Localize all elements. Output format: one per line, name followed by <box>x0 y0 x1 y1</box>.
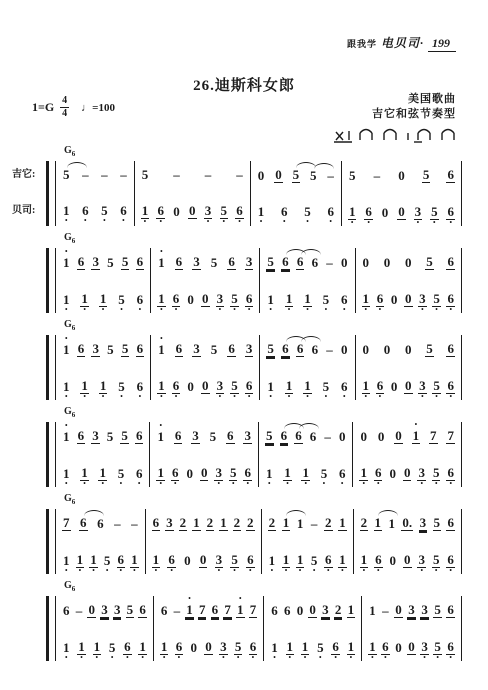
octave-dot-below: • <box>304 655 307 661</box>
note-cell: 2 <box>268 509 277 537</box>
note-cell: 1 <box>368 597 377 624</box>
octave-dot-below: • <box>83 481 86 487</box>
bass-line: 1• 1• 1• 5• 6• 1• <box>59 633 150 661</box>
note-cell: •1 <box>185 596 194 624</box>
octave-dot-below <box>436 531 438 537</box>
octave-dot-below <box>393 394 395 400</box>
octave-dot-below <box>277 183 279 189</box>
note-cell: 6 <box>227 335 236 363</box>
octave-dot-below <box>314 270 316 276</box>
octave-dot-below <box>285 531 287 537</box>
octave-dot-below <box>103 182 105 188</box>
note-cell: 6• <box>175 633 184 661</box>
note-cell: 6• <box>280 198 289 225</box>
measure-group: G6•1 6 3 5 5 6 1• 1• 1• 5• 6••1 6 3 5 6 … <box>56 235 462 313</box>
note-cell: – <box>172 161 181 188</box>
meter-denominator: 4 <box>62 108 67 119</box>
system-bracket-icon <box>46 509 56 574</box>
bass-line: 1• 1• 1• 5• 6• <box>59 285 147 313</box>
note-cell: 1 <box>192 509 201 537</box>
octave-dot-below <box>99 531 101 537</box>
rest-cell: 0 <box>383 249 392 276</box>
octave-dot-below: • <box>84 218 87 224</box>
octave-dot-below: • <box>111 655 114 661</box>
chord-label: G6 <box>64 145 75 158</box>
octave-dot-below <box>425 183 427 189</box>
note-cell: 1• <box>359 459 368 487</box>
note-cell: 6• <box>446 372 455 400</box>
octave-dot-below <box>204 394 206 400</box>
rest-cell: 0 <box>257 162 266 189</box>
octave-dot-below <box>236 531 238 537</box>
note-cell: – <box>310 510 319 537</box>
key-label: 1=G <box>32 100 54 115</box>
note-cell: •1 <box>236 596 245 624</box>
octave-dot-below <box>190 394 192 400</box>
note-cell: 3 <box>245 335 254 363</box>
note-cell: 6• <box>331 633 340 661</box>
octave-dot-below: • <box>449 307 452 313</box>
note-cell: 1• <box>138 633 147 661</box>
octave-dot-below <box>312 444 314 450</box>
guitar-line: 2 1 1 0. 3 5 6 <box>357 509 458 537</box>
chord-label: G6 <box>64 580 75 593</box>
octave-dot-below: • <box>449 655 452 661</box>
note-cell: 6• <box>446 546 455 574</box>
octave-dot-below <box>109 270 111 276</box>
octave-dot-below: • <box>377 481 380 487</box>
octave-dot-below: • <box>449 394 452 400</box>
octave-dot-below: • <box>248 307 251 313</box>
octave-dot-below: • <box>341 568 344 574</box>
rest-cell: 0 <box>201 285 210 313</box>
rest-cell: 0 <box>204 633 213 661</box>
bass-line: 1• 1• 1• 5• 6• <box>263 285 351 313</box>
octave-dot-below: • <box>377 568 380 574</box>
measure: 6 – 0 3 3 5 6 1• 1• 1• 5• 6• 1• <box>56 596 154 661</box>
note-cell: 5• <box>108 634 117 661</box>
rest-cell: 0 <box>362 336 371 363</box>
rest-cell: 0 <box>359 423 368 450</box>
octave-dot-below <box>398 444 400 450</box>
measure: •1 6 3 5 5 6 1• 1• 1• 5• 6• <box>56 422 150 487</box>
octave-dot-below <box>312 183 314 189</box>
note-cell: 5 <box>126 596 135 624</box>
note-cell: 5• <box>117 373 126 400</box>
octave-dot-below: • <box>252 655 255 661</box>
note-cell: 5 <box>120 422 129 450</box>
note-cell: 2 <box>233 509 242 537</box>
note-cell: 6• <box>171 459 180 487</box>
note-cell: 3 <box>419 509 428 537</box>
octave-dot-below: • <box>238 219 241 225</box>
rest-cell: 0 <box>390 373 399 400</box>
rest-cell: 0 <box>87 596 96 624</box>
measure: 6 – •1 7 6 7 •1 7 1• 6• 0 0 3• 5• 6• <box>154 596 264 661</box>
note-cell: 5• <box>432 459 441 487</box>
note-cell: 6 <box>77 422 86 450</box>
chord-label: G6 <box>64 493 75 506</box>
note-cell: – <box>100 161 109 188</box>
score-system: G6•1 6 3 5 5 6 1• 1• 1• 5• 6••1 6 3 5 6 … <box>46 409 462 487</box>
note-cell: 5 <box>141 161 150 188</box>
rest-cell: 0 <box>388 460 397 487</box>
octave-dot-below <box>190 307 192 313</box>
note-cell: 3• <box>414 198 423 226</box>
note-cell: 3 <box>113 596 122 624</box>
octave-dot-below <box>231 357 233 363</box>
meter-numerator: 4 <box>60 96 69 108</box>
octave-dot-below <box>239 618 241 624</box>
octave-dot-below <box>109 357 111 363</box>
octave-dot-below <box>407 270 409 276</box>
rest-cell: 0 <box>190 634 199 661</box>
octave-dot-below: • <box>324 394 327 400</box>
chord-label: G6 <box>64 319 75 332</box>
octave-dot-below <box>252 618 254 624</box>
octave-dot-below: • <box>286 481 289 487</box>
octave-dot-below: • <box>133 568 136 574</box>
note-cell: 5• <box>430 198 439 226</box>
octave-dot-below: • <box>449 481 452 487</box>
octave-dot-below: • <box>371 655 374 661</box>
octave-dot-below: • <box>83 394 86 400</box>
octave-dot-below: • <box>122 218 125 224</box>
note-cell: 6• <box>340 286 349 313</box>
octave-dot-below <box>400 220 402 226</box>
octave-dot-below <box>138 444 140 450</box>
octave-dot-below <box>222 531 224 537</box>
octave-dot-below: • <box>65 481 68 487</box>
note-cell: 5• <box>322 286 331 313</box>
octave-dot-below: • <box>217 568 220 574</box>
octave-dot-below <box>133 531 135 537</box>
octave-dot-below: • <box>324 307 327 313</box>
note-cell: 3• <box>418 285 427 313</box>
note-cell: 6 <box>135 422 144 450</box>
octave-dot-below <box>247 444 249 450</box>
rest-cell: 0 <box>274 161 283 189</box>
octave-dot-below: • <box>175 394 178 400</box>
note-cell: 6 <box>96 510 105 537</box>
octave-dot-below <box>116 618 118 624</box>
note-cell: 2 <box>334 596 343 624</box>
octave-dot-below <box>268 444 270 450</box>
octave-dot-below <box>284 357 286 363</box>
note-cell: 6• <box>245 285 254 313</box>
measure-group: G6 7 6 6 – – 1• 1• 1• 5• 6• 1• 6 3 2 1 2… <box>56 496 462 574</box>
octave-dot-below <box>428 357 430 363</box>
chord-label: G6 <box>64 232 75 245</box>
note-cell: 1• <box>99 372 108 400</box>
octave-dot-below: • <box>433 220 436 226</box>
score-system: G6•1 6 3 5 5 6 1• 1• 1• 5• 6••1 6 3 5 6 … <box>46 322 462 400</box>
bass-line: 1• 6• 0 0 3• 5• 6• <box>153 459 255 487</box>
octave-dot-below <box>450 444 452 450</box>
rest-cell: 0 <box>340 336 349 363</box>
note-cell: 1• <box>157 285 166 313</box>
note-cell: 6 <box>311 249 320 276</box>
tempo-marking: ♩=100 <box>81 102 115 114</box>
octave-dot-below <box>392 568 394 574</box>
octave-dot-below <box>177 444 179 450</box>
octave-dot-below: • <box>65 568 68 574</box>
octave-dot-below <box>386 357 388 363</box>
octave-dot-below: • <box>436 655 439 661</box>
octave-dot-below: • <box>92 568 95 574</box>
note-cell: 6• <box>338 460 347 487</box>
octave-dot-below: • <box>270 568 273 574</box>
octave-dot-below <box>284 270 286 276</box>
octave-dot-below: • <box>101 481 104 487</box>
note-cell: 6• <box>119 197 128 224</box>
octave-dot-below <box>189 481 191 487</box>
octave-dot-below <box>295 183 297 189</box>
note-cell: 2 <box>324 509 333 537</box>
octave-dot-below: • <box>65 218 68 224</box>
note-cell: – <box>173 597 182 624</box>
octave-dot-below <box>411 618 413 624</box>
note-cell: 6 <box>77 335 86 363</box>
note-cell: 6 <box>446 335 455 363</box>
rest-cell: 0 <box>186 286 195 313</box>
song-origin: 美国歌曲 <box>372 92 456 107</box>
rest-cell: 0 <box>404 285 413 313</box>
measure: 5 – – – 1• 6• 0 0 3• 5• 6• <box>135 161 251 226</box>
octave-dot-below: • <box>170 568 173 574</box>
measure: •1 6 3 5 5 6 1• 1• 1• 5• 6• <box>56 248 151 313</box>
note-cell: 1• <box>62 547 71 574</box>
octave-dot-below <box>95 357 97 363</box>
note-cell: •1 <box>62 249 71 276</box>
note-cell: 3• <box>418 372 427 400</box>
guitar-part-label: 吉它: <box>12 165 35 180</box>
octave-dot-below <box>189 618 191 624</box>
note-cell: 3 <box>321 596 330 624</box>
rest-cell: 0 <box>338 423 347 450</box>
score-system: G6 7 6 6 – – 1• 1• 1• 5• 6• 1• 6 3 2 1 2… <box>46 496 462 574</box>
note-cell: 6• <box>167 546 176 574</box>
octave-dot-below <box>176 618 178 624</box>
octave-dot-below: • <box>119 568 122 574</box>
octave-dot-below: • <box>120 394 123 400</box>
note-cell: 1• <box>62 373 71 400</box>
note-cell: 7 <box>198 596 207 624</box>
score-system: 吉它:贝司:G6 5 – – – 1• 6• 5• 6• 5 – – – 1• … <box>46 148 462 226</box>
note-cell: 6• <box>235 197 244 225</box>
note-cell: 3 <box>91 422 100 450</box>
bass-line: 1• 6• 0 0 3• 5• 6• <box>154 372 256 400</box>
octave-dot-below <box>91 618 93 624</box>
octave-dot-below <box>363 444 365 450</box>
octave-dot-below <box>207 182 209 188</box>
rest-cell: 0 <box>407 633 416 661</box>
note-cell: 5• <box>103 547 112 574</box>
octave-dot-below <box>208 655 210 661</box>
octave-dot-below: • <box>323 481 326 487</box>
note-cell: 1• <box>268 547 277 574</box>
measure: 5 – 0 5 6 1• 6• 0 0 3• 5• 6• <box>342 161 462 226</box>
octave-dot-below <box>239 182 241 188</box>
guitar-line: 0 0 5 5 – <box>254 161 338 189</box>
note-cell: 5• <box>117 460 126 487</box>
note-cell: 5 <box>425 335 434 363</box>
system-bracket-icon <box>46 596 56 661</box>
rest-cell: 0 <box>200 459 209 487</box>
rest-cell: 0 <box>397 162 406 189</box>
octave-dot-below <box>437 618 439 624</box>
octave-dot-below: • <box>120 307 123 313</box>
octave-dot-below: • <box>327 568 330 574</box>
octave-dot-below: • <box>159 481 162 487</box>
measure: 2 1 1 – 2 1 1• 1• 1• 5• 6• 1• <box>262 509 354 574</box>
octave-dot-below: • <box>329 219 332 225</box>
octave-dot-below: • <box>351 220 354 226</box>
note-cell: 6• <box>123 633 132 661</box>
note-cell: 1• <box>283 459 292 487</box>
note-cell: 5 <box>292 161 301 189</box>
octave-dot-below <box>109 444 111 450</box>
rest-cell: 0 <box>201 372 210 400</box>
note-cell: 1• <box>285 372 294 400</box>
note-cell: 1• <box>62 197 71 224</box>
octave-dot-below <box>376 183 378 189</box>
octave-dot-below <box>407 394 409 400</box>
note-cell: 6 <box>270 597 279 624</box>
octave-dot-below <box>65 270 67 276</box>
octave-dot-below: • <box>420 481 423 487</box>
rest-cell: 0 <box>185 460 194 487</box>
note-cell: 6• <box>340 373 349 400</box>
octave-dot-below <box>450 531 452 537</box>
octave-dot-below <box>231 270 233 276</box>
octave-dot-below <box>195 357 197 363</box>
octave-dot-below: • <box>141 655 144 661</box>
measure: 0 0 0 5 6 1• 6• 0 0 3• 5• 6• <box>356 335 462 400</box>
octave-dot-below <box>160 270 162 276</box>
note-cell: 1 <box>296 510 305 537</box>
octave-dot-below: • <box>83 307 86 313</box>
octave-dot-below: • <box>416 220 419 226</box>
octave-dot-below: • <box>306 219 309 225</box>
measure-group: G6 6 – 0 3 3 5 6 1• 1• 1• 5• 6• 1• 6 – •… <box>56 583 462 661</box>
octave-dot-below: • <box>65 655 68 661</box>
octave-dot-below <box>299 531 301 537</box>
note-cell: 6• <box>117 546 126 574</box>
octave-dot-below: • <box>65 307 68 313</box>
octave-dot-below <box>337 618 339 624</box>
octave-dot-below: • <box>218 307 221 313</box>
octave-dot-below: • <box>217 481 220 487</box>
octave-dot-below: • <box>138 307 141 313</box>
octave-dot-below <box>341 444 343 450</box>
octave-dot-below: • <box>435 568 438 574</box>
note-cell: 1• <box>360 546 369 574</box>
octave-dot-below <box>95 270 97 276</box>
octave-dot-below <box>65 444 67 450</box>
series-title: 跟我学 <box>347 39 377 49</box>
note-cell: 6• <box>446 198 455 226</box>
note-cell: 3 <box>420 596 429 624</box>
bass-line: 1• 6• 0 0 3• 5• 6• <box>365 633 458 661</box>
note-cell: 3 <box>165 509 174 537</box>
note-cell: 5• <box>100 197 109 224</box>
octave-dot-below: • <box>362 568 365 574</box>
note-cell: 1• <box>80 285 89 313</box>
octave-dot-below: • <box>138 481 141 487</box>
note-cell: 6• <box>381 633 390 661</box>
octave-dot-below <box>82 531 84 537</box>
octave-dot-below: • <box>288 655 291 661</box>
rest-cell: 0 <box>199 546 208 574</box>
book-title: 电贝司· <box>381 36 424 50</box>
note-cell: 6 <box>446 596 455 624</box>
note-cell: 6• <box>326 198 335 225</box>
note-cell: 1• <box>266 373 275 400</box>
measure: 5 – – – 1• 6• 5• 6• <box>56 161 135 226</box>
note-cell: 1• <box>62 634 71 661</box>
note-cell: 6• <box>172 372 181 400</box>
note-cell: 1• <box>347 633 356 661</box>
octave-dot-below <box>214 618 216 624</box>
system-bracket-icon <box>46 248 56 313</box>
guitar-line: 5 6 6 6 – 0 <box>263 248 351 276</box>
octave-dot-below: • <box>65 394 68 400</box>
note-cell: 6 <box>446 161 455 189</box>
note-cell: 7 <box>249 596 258 624</box>
note-cell: 3 <box>91 335 100 363</box>
note-cell: 6• <box>135 460 144 487</box>
note-cell: 6 <box>152 509 161 537</box>
note-cell: 1• <box>301 633 310 661</box>
note-cell: 3 <box>191 422 200 450</box>
octave-dot-below: • <box>233 307 236 313</box>
octave-dot-below <box>450 357 452 363</box>
octave-dot-below <box>365 357 367 363</box>
note-cell: 6• <box>446 285 455 313</box>
octave-dot-below <box>422 531 424 537</box>
octave-dot-below: • <box>379 394 382 400</box>
octave-dot-below <box>327 444 329 450</box>
octave-dot-below: • <box>106 568 109 574</box>
octave-dot-below <box>203 481 205 487</box>
note-cell: 5• <box>322 373 331 400</box>
note-cell: 3 <box>91 248 100 276</box>
note-cell: 5 <box>433 509 442 537</box>
octave-dot-below <box>386 270 388 276</box>
octave-dot-below <box>283 444 285 450</box>
note-cell: 6 <box>296 335 305 363</box>
note-cell: 5 <box>348 162 357 189</box>
note-cell: 1• <box>156 459 165 487</box>
note-cell: 5• <box>230 372 239 400</box>
note-cell: 6 <box>294 422 303 450</box>
note-cell: 1• <box>285 285 294 313</box>
note-cell: 6 <box>283 597 292 624</box>
note-cell: 6• <box>156 197 165 225</box>
octave-dot-below <box>248 357 250 363</box>
note-cell: 5 <box>209 423 218 450</box>
bass-line: 1• 6• 0 0 3• 5• 6• <box>149 546 258 574</box>
measure: 0 0 0 5 6 1• 6• 0 0 3• 5• 6• <box>356 248 462 313</box>
chord-label: G6 <box>64 406 75 419</box>
measure: 1 – 0 3 3 5 6 1• 6• 0 0 3• 5• 6• <box>362 596 462 661</box>
guitar-line: 6 – 0 3 3 5 6 <box>59 596 150 624</box>
rest-cell: 0 <box>381 199 390 226</box>
octave-dot-below <box>380 444 382 450</box>
octave-dot-below <box>204 307 206 313</box>
note-cell: – <box>75 597 84 624</box>
